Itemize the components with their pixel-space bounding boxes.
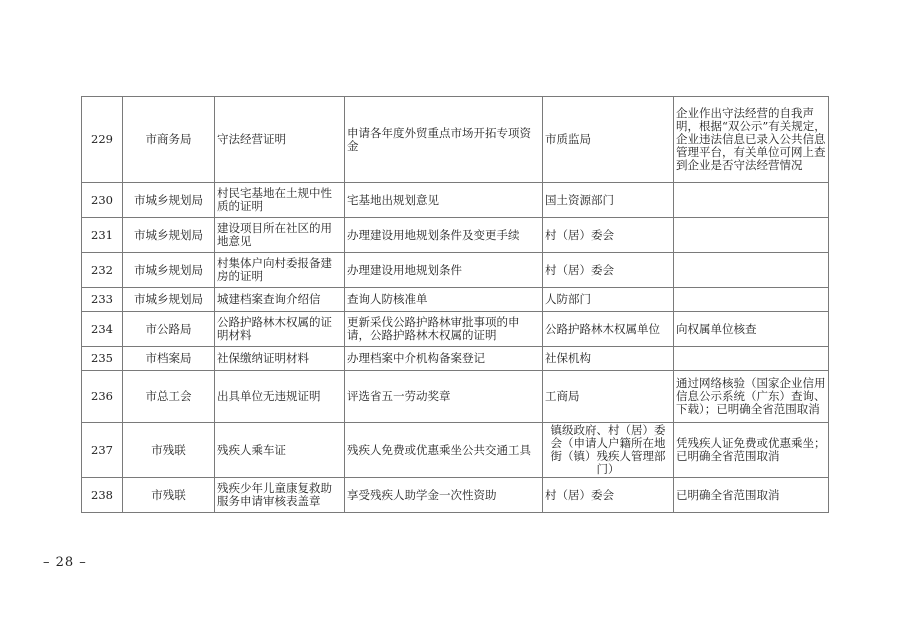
cell-issuing-body: 村（居）委会: [543, 218, 674, 253]
cell-department: 市残联: [123, 478, 215, 513]
cell-number: 237: [82, 423, 123, 478]
cell-number: 231: [82, 218, 123, 253]
cell-issuing-body: 国土资源部门: [543, 183, 674, 218]
table-row: 232 市城乡规划局 村集体户向村委报备建房的证明 办理建设用地规划条件 村（居…: [82, 253, 829, 288]
table-row: 234 市公路局 公路护路林木权属的证明材料 更新采伐公路护路林审批事项的申请，…: [82, 312, 829, 347]
cell-service-item: 残疾人免费或优惠乘坐公共交通工具: [345, 423, 543, 478]
table-row: 231 市城乡规划局 建设项目所在社区的用地意见 办理建设用地规划条件及变更手续…: [82, 218, 829, 253]
cell-service-item: 办理建设用地规划条件及变更手续: [345, 218, 543, 253]
cell-certificate-material: 建设项目所在社区的用地意见: [215, 218, 345, 253]
cell-issuing-body: 社保机构: [543, 347, 674, 371]
cell-remark: 已明确全省范围取消: [674, 478, 829, 513]
table-row: 229 市商务局 守法经营证明 申请各年度外贸重点市场开拓专项资金 市质监局 企…: [82, 97, 829, 183]
cell-department: 市商务局: [123, 97, 215, 183]
cell-certificate-material: 守法经营证明: [215, 97, 345, 183]
cell-service-item: 办理档案中介机构备案登记: [345, 347, 543, 371]
cell-department: 市残联: [123, 423, 215, 478]
cell-service-item: 申请各年度外贸重点市场开拓专项资金: [345, 97, 543, 183]
cell-number: 230: [82, 183, 123, 218]
cell-issuing-body: 镇级政府、村（居）委会（申请人户籍所在地街（镇）残疾人管理部门）: [543, 423, 674, 478]
cell-service-item: 享受残疾人助学金一次性资助: [345, 478, 543, 513]
cell-issuing-body: 工商局: [543, 371, 674, 423]
cell-remark: 向权属单位核查: [674, 312, 829, 347]
cell-remark: [674, 253, 829, 288]
cell-service-item: 查询人防核准单: [345, 288, 543, 312]
table-row: 230 市城乡规划局 村民宅基地在土规中性质的证明 宅基地出规划意见 国土资源部…: [82, 183, 829, 218]
cell-remark: [674, 183, 829, 218]
cell-remark: 通过网络核验（国家企业信用信息公示系统（广东）查询、下载）；已明确全省范围取消: [674, 371, 829, 423]
cell-department: 市公路局: [123, 312, 215, 347]
cell-service-item: 评选省五一劳动奖章: [345, 371, 543, 423]
cell-department: 市城乡规划局: [123, 288, 215, 312]
matters-table: 229 市商务局 守法经营证明 申请各年度外贸重点市场开拓专项资金 市质监局 企…: [81, 96, 829, 513]
table-row: 237 市残联 残疾人乘车证 残疾人免费或优惠乘坐公共交通工具 镇级政府、村（居…: [82, 423, 829, 478]
table-row: 236 市总工会 出具单位无违规证明 评选省五一劳动奖章 工商局 通过网络核验（…: [82, 371, 829, 423]
cell-department: 市总工会: [123, 371, 215, 423]
cell-remark: 企业作出守法经营的自我声明，根据“双公示”有关规定，企业违法信息已录入公共信息管…: [674, 97, 829, 183]
cell-certificate-material: 社保缴纳证明材料: [215, 347, 345, 371]
table-body: 229 市商务局 守法经营证明 申请各年度外贸重点市场开拓专项资金 市质监局 企…: [82, 97, 829, 513]
document-page: 229 市商务局 守法经营证明 申请各年度外贸重点市场开拓专项资金 市质监局 企…: [0, 0, 900, 636]
cell-remark: [674, 218, 829, 253]
cell-service-item: 办理建设用地规划条件: [345, 253, 543, 288]
cell-service-item: 更新采伐公路护路林审批事项的申请，公路护路林木权属的证明: [345, 312, 543, 347]
table-row: 235 市档案局 社保缴纳证明材料 办理档案中介机构备案登记 社保机构: [82, 347, 829, 371]
cell-issuing-body: 人防部门: [543, 288, 674, 312]
cell-remark: 凭残疾人证免费或优惠乘坐；已明确全省范围取消: [674, 423, 829, 478]
cell-issuing-body: 公路护路林木权属单位: [543, 312, 674, 347]
cell-department: 市城乡规划局: [123, 218, 215, 253]
cell-number: 238: [82, 478, 123, 513]
cell-number: 234: [82, 312, 123, 347]
cell-department: 市城乡规划局: [123, 253, 215, 288]
table-row: 233 市城乡规划局 城建档案查询介绍信 查询人防核准单 人防部门: [82, 288, 829, 312]
cell-certificate-material: 城建档案查询介绍信: [215, 288, 345, 312]
cell-issuing-body: 市质监局: [543, 97, 674, 183]
cell-issuing-body: 村（居）委会: [543, 253, 674, 288]
cell-department: 市档案局: [123, 347, 215, 371]
cell-certificate-material: 残疾人乘车证: [215, 423, 345, 478]
cell-service-item: 宅基地出规划意见: [345, 183, 543, 218]
cell-certificate-material: 村民宅基地在土规中性质的证明: [215, 183, 345, 218]
cell-number: 229: [82, 97, 123, 183]
cell-certificate-material: 残疾少年儿童康复救助服务申请审核表盖章: [215, 478, 345, 513]
page-number: – 28 –: [43, 555, 87, 570]
cell-remark: [674, 347, 829, 371]
table-row: 238 市残联 残疾少年儿童康复救助服务申请审核表盖章 享受残疾人助学金一次性资…: [82, 478, 829, 513]
cell-number: 232: [82, 253, 123, 288]
cell-number: 233: [82, 288, 123, 312]
cell-certificate-material: 公路护路林木权属的证明材料: [215, 312, 345, 347]
cell-number: 236: [82, 371, 123, 423]
cell-department: 市城乡规划局: [123, 183, 215, 218]
cell-issuing-body: 村（居）委会: [543, 478, 674, 513]
cell-number: 235: [82, 347, 123, 371]
cell-certificate-material: 村集体户向村委报备建房的证明: [215, 253, 345, 288]
cell-remark: [674, 288, 829, 312]
cell-certificate-material: 出具单位无违规证明: [215, 371, 345, 423]
